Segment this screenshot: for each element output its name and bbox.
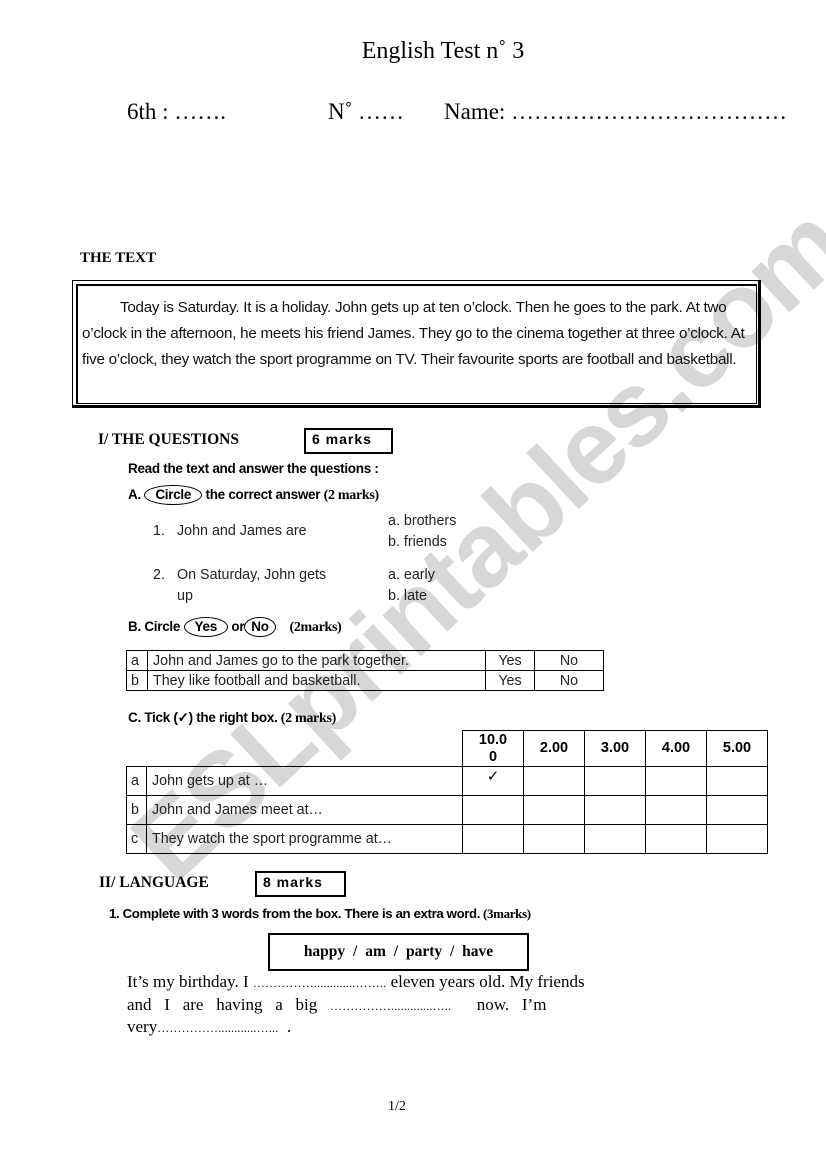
table-row: c They watch the sport programme at… [127, 825, 768, 854]
questions-heading: I/ THE QUESTIONS [98, 431, 239, 449]
time-header: 3.00 [585, 731, 646, 767]
questions-marks-badge: 6 marks [304, 428, 393, 454]
number-field: N˚ …… [328, 99, 404, 125]
language-marks-badge: 8 marks [255, 871, 346, 897]
exercise-1-marks: (3marks) [480, 906, 531, 921]
question-2-text: On Saturday, John gets [177, 567, 326, 583]
fill-in-line: It’s my birthday. I …………….............……… [127, 972, 667, 992]
tick-cell[interactable] [585, 767, 646, 796]
exercise-1-instruction: 1. Complete with 3 words from the box. T… [109, 906, 531, 922]
part-b-marks: (2marks) [290, 620, 342, 635]
tick-cell[interactable] [646, 796, 707, 825]
row-letter: a [127, 651, 148, 671]
line-text-before: It’s my birthday. I [127, 972, 253, 991]
page-title: English Test n˚ 3 [0, 38, 826, 65]
statement: John gets up at … [147, 767, 463, 796]
row-letter: b [127, 671, 148, 691]
page-number: 1/2 [388, 1099, 406, 1115]
question-2-text-continued: up [177, 588, 193, 604]
yes-no-table: a John and James go to the park together… [126, 650, 604, 691]
no-option[interactable]: No [535, 651, 604, 671]
part-a-text: the correct answer [202, 487, 324, 502]
time-header-row: 10.0 0 2.00 3.00 4.00 5.00 [127, 731, 768, 767]
no-option[interactable]: No [535, 671, 604, 691]
tick-cell[interactable] [646, 825, 707, 854]
row-letter: b [127, 796, 147, 825]
reading-paragraph: Today is Saturday. It is a holiday. John… [82, 299, 745, 368]
part-b-prefix: B. Circle [128, 619, 184, 634]
statement: John and James go to the park together. [148, 651, 486, 671]
time-header: 5.00 [707, 731, 768, 767]
table-row: a John gets up at … ✓ [127, 767, 768, 796]
questions-instructions: Read the text and answer the questions : [128, 461, 379, 476]
question-1-number: 1. [153, 523, 165, 539]
reading-text-inner: Today is Saturday. It is a holiday. John… [76, 284, 757, 404]
yes-option[interactable]: Yes [486, 671, 535, 691]
fill-in-line: very……………............…... . [127, 1017, 667, 1037]
reading-text-box: Today is Saturday. It is a holiday. John… [72, 280, 761, 408]
line-text-before: and I are having a big [127, 995, 330, 1014]
line-text-after: eleven years old. My friends [386, 972, 584, 991]
tick-cell[interactable] [463, 796, 524, 825]
tick-cell[interactable] [707, 796, 768, 825]
statement: John and James meet at… [147, 796, 463, 825]
language-heading: II/ LANGUAGE [99, 874, 209, 892]
blank-field[interactable]: ……………............…... [157, 1021, 278, 1035]
line-text-after: now. I’m [451, 995, 546, 1014]
tick-cell[interactable] [707, 767, 768, 796]
tick-cell[interactable] [585, 825, 646, 854]
statement: They like football and basketball. [148, 671, 486, 691]
statement: They watch the sport programme at… [147, 825, 463, 854]
tick-cell[interactable]: ✓ [463, 767, 524, 796]
exercise-1-text: 1. Complete with 3 words from the box. T… [109, 906, 480, 921]
part-c-text: C. Tick (✓) the right box. [128, 710, 278, 725]
part-a-label: A. Circle the correct answer (2 marks) [128, 485, 379, 505]
time-header: 4.00 [646, 731, 707, 767]
class-field: 6th : ……. [127, 99, 226, 125]
question-2-option-b[interactable]: b. late [388, 588, 427, 604]
blank-field[interactable]: …………….............…….. [253, 976, 386, 990]
table-row: b John and James meet at… [127, 796, 768, 825]
question-1-text: John and James are [177, 523, 307, 539]
tick-cell[interactable] [524, 796, 585, 825]
tick-cell[interactable] [646, 767, 707, 796]
tick-cell[interactable] [524, 767, 585, 796]
blank-header [127, 731, 463, 767]
table-row: b They like football and basketball. Yes… [127, 671, 604, 691]
part-b-label: B. Circle Yes orNo (2marks) [128, 617, 342, 637]
row-letter: c [127, 825, 147, 854]
time-header: 2.00 [524, 731, 585, 767]
question-1-option-b[interactable]: b. friends [388, 534, 447, 550]
fill-in-line: and I are having a big ……………............… [127, 995, 667, 1015]
tick-cell[interactable] [707, 825, 768, 854]
time-header: 10.0 0 [463, 731, 524, 767]
question-1-option-a[interactable]: a. brothers [388, 513, 456, 529]
word-box: happy / am / party / have [268, 933, 529, 971]
part-b-or: or [228, 619, 244, 634]
part-a-prefix: A. [128, 487, 141, 502]
tick-cell[interactable] [463, 825, 524, 854]
table-row: a John and James go to the park together… [127, 651, 604, 671]
blank-field[interactable]: …………….............….. [330, 999, 451, 1013]
part-a-marks: (2 marks) [324, 488, 379, 503]
part-c-marks: (2 marks) [278, 711, 336, 726]
yes-option[interactable]: Yes [486, 651, 535, 671]
circle-oval: Circle [144, 485, 202, 505]
text-heading: THE TEXT [80, 250, 156, 267]
question-2-option-a[interactable]: a. early [388, 567, 435, 583]
tick-cell[interactable] [585, 796, 646, 825]
name-field: Name: ……………………………… [444, 99, 787, 125]
row-letter: a [127, 767, 147, 796]
no-oval: No [244, 617, 275, 637]
part-c-label: C. Tick (✓) the right box. (2 marks) [128, 710, 336, 727]
line-text-after: . [278, 1017, 291, 1036]
yes-oval: Yes [184, 617, 228, 637]
question-2-number: 2. [153, 567, 165, 583]
tick-cell[interactable] [524, 825, 585, 854]
line-text-before: very [127, 1017, 157, 1036]
tick-table: 10.0 0 2.00 3.00 4.00 5.00 a John gets u… [126, 730, 768, 854]
